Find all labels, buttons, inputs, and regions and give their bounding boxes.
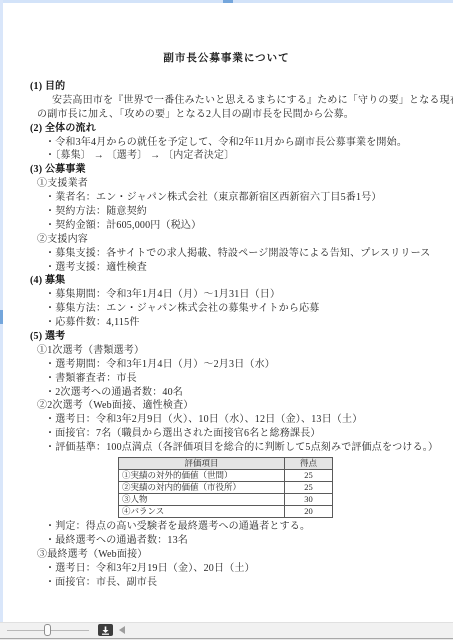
table-cell-item: ①実績の対外的価値（世間） (119, 470, 285, 482)
doc-line: ・選考日：令和3年2月19日（金）、20日（土） (0, 562, 453, 576)
left-arrow-icon[interactable] (119, 626, 125, 634)
doc-line: ・評価基準：100点満点（各評価項目を総合的に判断して5点刻みで評価点をつける。… (0, 441, 453, 455)
zoom-slider-thumb[interactable] (44, 624, 51, 636)
table-header-cell: 得点 (285, 458, 333, 470)
table-cell-score: 25 (285, 482, 333, 494)
doc-line: ・選考期間：令和3年1月4日（月）～2月3日（水） (0, 358, 453, 372)
evaluation-table: 評価項目得点 ①実績の対外的価値（世間）25②実績の対内的価値（市役所）25③人… (118, 457, 333, 518)
zoom-slider[interactable] (7, 623, 89, 638)
doc-line: ・契約金額：計605,000円（税込） (0, 219, 453, 233)
doc-line: ①支援業者 (0, 177, 453, 191)
table-cell-score: 25 (285, 470, 333, 482)
doc-line: (5) 選考 (0, 330, 453, 344)
doc-line: ・〔募集〕 → 〔選考〕 → 〔内定者決定〕 (0, 149, 453, 163)
table-row: ④バランス20 (119, 506, 333, 518)
doc-line: (1) 目的 (0, 80, 453, 94)
table-header-cell: 評価項目 (119, 458, 285, 470)
doc-line: ②2次選考（Web面接、適性検査） (0, 399, 453, 413)
table-row: ①実績の対外的価値（世間）25 (119, 470, 333, 482)
doc-line: ・最終選考への通過者数：13名 (0, 534, 453, 548)
evaluation-table-wrap: 評価項目得点 ①実績の対外的価値（世間）25②実績の対内的価値（市役所）25③人… (118, 457, 453, 518)
table-cell-score: 20 (285, 506, 333, 518)
table-cell-item: ②実績の対内的価値（市役所） (119, 482, 285, 494)
horizontal-scroll-indicator[interactable] (0, 0, 453, 3)
doc-line: ・契約方法：随意契約 (0, 205, 453, 219)
table-row: ③人物30 (119, 494, 333, 506)
doc-line: ①1次選考（書類選考） (0, 344, 453, 358)
doc-line: ・2次選考への通過者数：40名 (0, 386, 453, 400)
doc-line: の副市長に加え、「攻めの要」となる2人目の副市長を民間から公募。 (0, 108, 453, 122)
doc-line: ・面接官：市長、副市長 (0, 576, 453, 590)
doc-line: ・選考日：令和3年2月9日（火）、10日（水）、12日（金）、13日（土） (0, 413, 453, 427)
document-page: 副市長公募事業について (1) 目的安芸高田市を『世界で一番住みたいと思えるまち… (0, 0, 453, 622)
table-cell-item: ④バランス (119, 506, 285, 518)
horizontal-scroll-thumb[interactable] (223, 0, 233, 3)
doc-line: ・応募件数：4,115件 (0, 316, 453, 330)
doc-line: (4) 募集 (0, 274, 453, 288)
document-body-continued: ・判定：得点の高い受験者を最終選考への通過者とする。・最終選考への通過者数：13… (0, 520, 453, 589)
vertical-scroll-thumb[interactable] (0, 310, 3, 324)
vertical-scroll-indicator[interactable] (0, 0, 3, 622)
table-cell-item: ③人物 (119, 494, 285, 506)
document-body: (1) 目的安芸高田市を『世界で一番住みたいと思えるまちにする』ために「守りの要… (0, 80, 453, 455)
doc-line: ・選考支援：適性検査 (0, 261, 453, 275)
doc-line: 安芸高田市を『世界で一番住みたいと思えるまちにする』ために「守りの要」となる現在 (0, 94, 453, 108)
doc-line: ・令和3年4月からの就任を予定して、令和2年11月から副市長公募事業を開始。 (0, 136, 453, 150)
doc-line: (3) 公募事業 (0, 163, 453, 177)
doc-line: ・書類審査者：市長 (0, 372, 453, 386)
doc-line: ・募集方法：エン・ジャパン株式会社の募集サイトから応募 (0, 302, 453, 316)
doc-line: ・判定：得点の高い受験者を最終選考への通過者とする。 (0, 520, 453, 534)
download-icon (101, 626, 110, 635)
doc-line: ・募集支援：各サイトでの求人掲載、特設ページ開設等による告知、プレスリリース (0, 247, 453, 261)
doc-line: (2) 全体の流れ (0, 122, 453, 136)
doc-line: ・業者名：エン・ジャパン株式会社（東京都新宿区西新宿六丁目5番1号） (0, 191, 453, 205)
doc-line: ・面接官：7名（職員から選出された面接官6名と総務課長） (0, 427, 453, 441)
document-title: 副市長公募事業について (0, 0, 453, 65)
evaluation-table-header-row: 評価項目得点 (119, 458, 333, 470)
doc-line: ③最終選考（Web面接） (0, 548, 453, 562)
bottom-toolbar (0, 622, 453, 639)
doc-line: ②支援内容 (0, 233, 453, 247)
table-cell-score: 30 (285, 494, 333, 506)
download-button[interactable] (98, 624, 113, 636)
table-row: ②実績の対内的価値（市役所）25 (119, 482, 333, 494)
doc-line: ・募集期間：令和3年1月4日（月）～1月31日（日） (0, 288, 453, 302)
document-viewer: 副市長公募事業について (1) 目的安芸高田市を『世界で一番住みたいと思えるまち… (0, 0, 453, 640)
